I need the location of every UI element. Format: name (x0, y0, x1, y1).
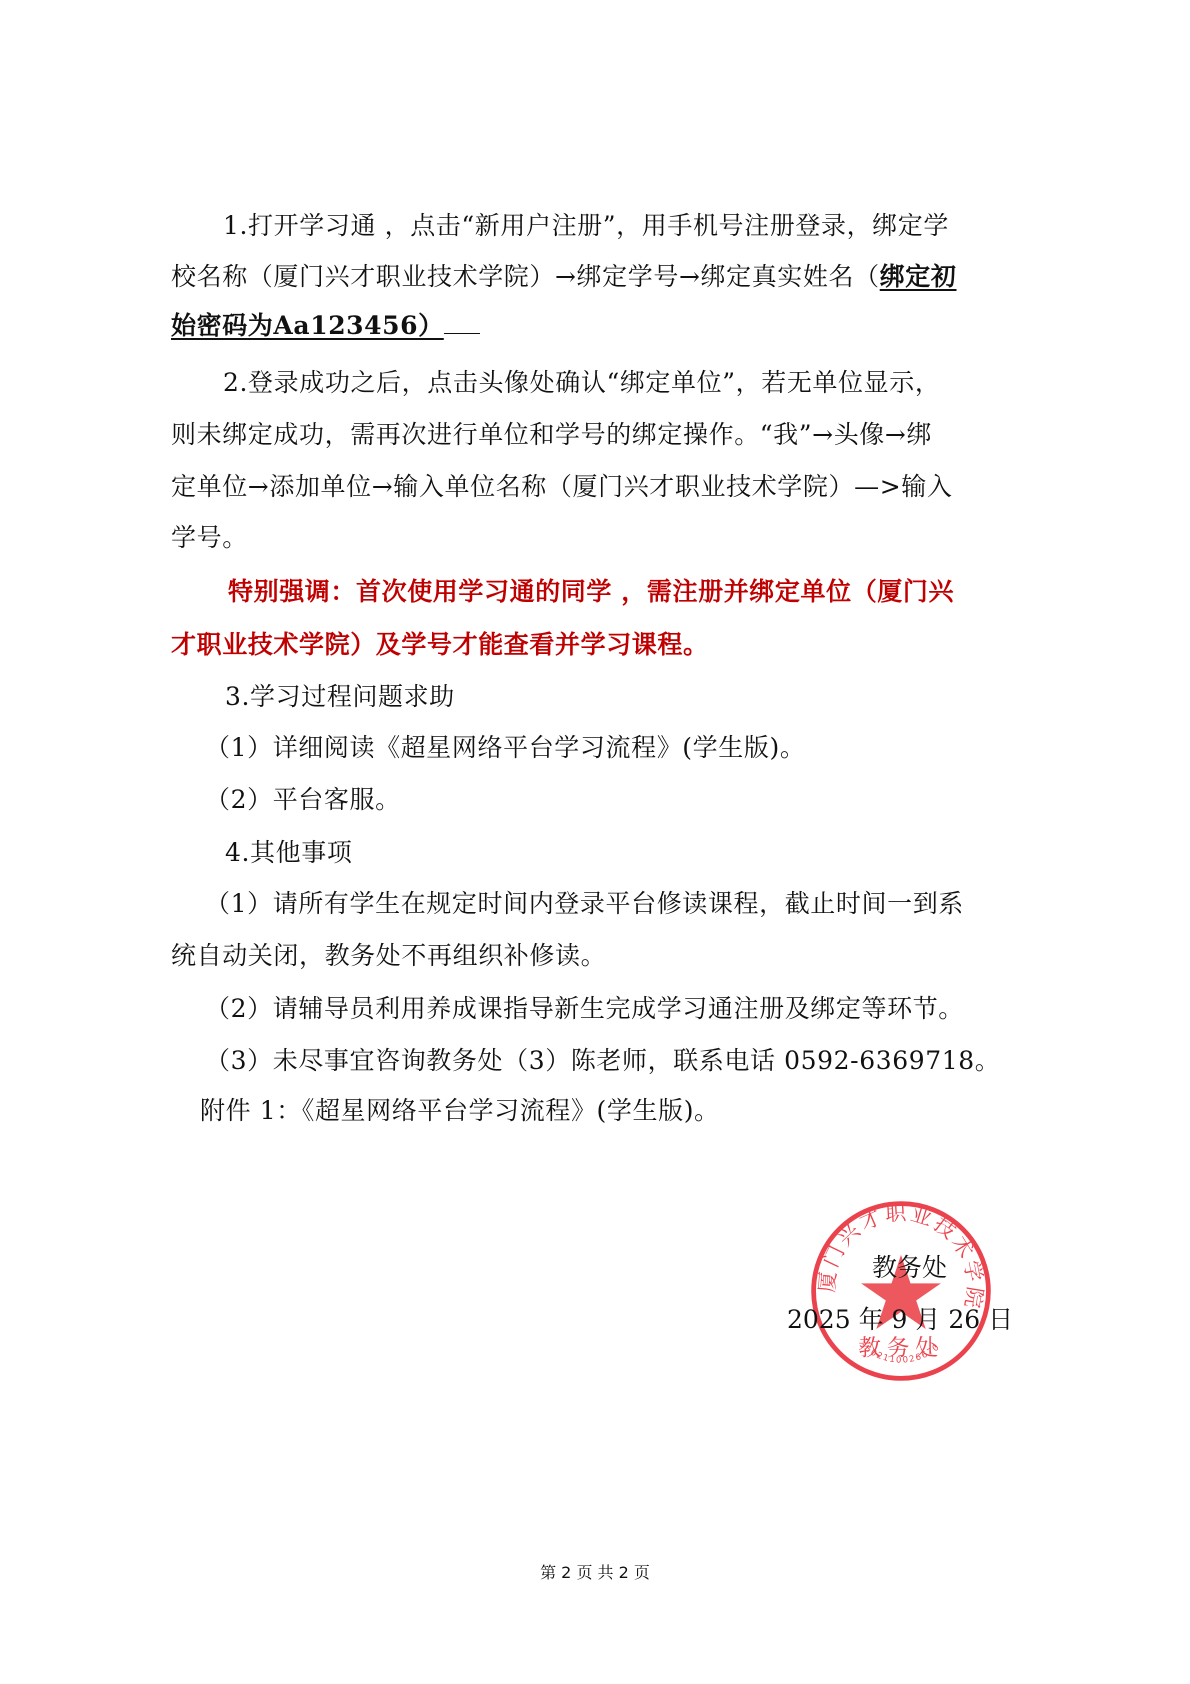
page-indicator: 第 2 页 共 2 页 (0, 1560, 1190, 1583)
section3-item-1: （1）详细阅读《超星网络平台学习流程》(学生版)。 (205, 733, 805, 763)
attachment-line: 附件 1：《超星网络平台学习流程》(学生版)。 (200, 1096, 720, 1126)
section4-item3: （3）未尽事宜咨询教务处（3）陈老师，联系电话 0592-6369718。 (205, 1046, 1000, 1076)
emphasis-line2: 才职业技术学院）及学号才能查看并学习课程。 (171, 630, 709, 660)
section2-line1: 2.登录成功之后，点击头像处确认“绑定单位”，若无单位显示， (223, 368, 940, 398)
section2-line3: 定单位→添加单位→输入单位名称（厦门兴才职业技术学院）—>输入 (171, 472, 952, 502)
signature-date: 2025 年 9 月 26 日 (787, 1305, 1013, 1335)
initial-password-note: 绑定初 (880, 262, 957, 291)
section3-item-2: （2）平台客服。 (205, 785, 401, 815)
section4-item1-line2: 统自动关闭，教务处不再组织补修读。 (171, 941, 606, 971)
emphasis-line1: 特别强调：首次使用学习通的同学 ，需注册并绑定单位（厦门兴 (228, 577, 954, 607)
section1-line1: 1.打开学习通 ，点击“新用户注册”，用手机号注册登录，绑定学 (223, 211, 949, 241)
initial-password-value: 始密码为Aa123456） (171, 311, 444, 340)
section1-line2: 校名称（厦门兴才职业技术学院）→绑定学号→绑定真实姓名（绑定初 (171, 262, 957, 292)
section4-heading: 4.其他事项 (225, 838, 352, 868)
underline-filler (444, 311, 480, 334)
official-seal-icon: 厦门兴才职业技术学院 教务处 3502110026670 (806, 1196, 996, 1386)
section4-item1-line1: （1）请所有学生在规定时间内登录平台修读课程，截止时间一到系 (205, 889, 964, 919)
section1-line2-text: 校名称（厦门兴才职业技术学院）→绑定学号→绑定真实姓名（ (171, 262, 880, 291)
signature-office: 教务处 (872, 1253, 947, 1283)
section1-line3: 始密码为Aa123456） (171, 311, 480, 341)
section2-line2: 则未绑定成功，需再次进行单位和学号的绑定操作。“我”→头像→绑 (171, 420, 932, 450)
section2-line4: 学号。 (171, 523, 248, 553)
section4-item2: （2）请辅导员利用养成课指导新生完成学习通注册及绑定等环节。 (205, 994, 964, 1024)
section3-heading: 3.学习过程问题求助 (225, 682, 455, 712)
